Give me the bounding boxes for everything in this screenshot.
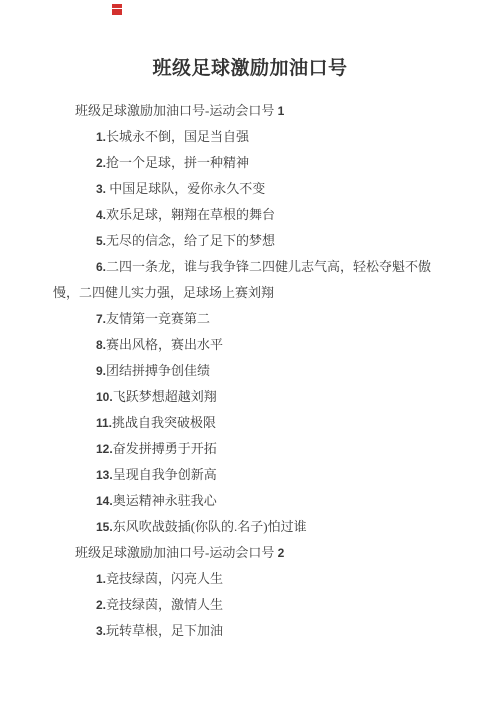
item-text: 友情第一竞赛第二 — [106, 311, 210, 326]
item-text: 团结拼搏争创佳绩 — [106, 363, 210, 378]
document-page: 班级足球激励加油口号 班级足球激励加油口号-运动会口号 1 1.长城永不倒，国足… — [0, 0, 500, 707]
section1-heading: 班级足球激励加油口号-运动会口号 1 — [75, 98, 500, 124]
item-text: 慢，二四健儿实力强，足球场上赛刘翔 — [53, 285, 274, 300]
item-text: 无尽的信念，给了足下的梦想 — [106, 233, 275, 248]
slogan-item-5: 5.无尽的信念，给了足下的梦想 — [96, 228, 500, 254]
slogan-item-2: 2.抢一个足球，拼一种精神 — [96, 150, 500, 176]
slogan-item-7: 7.友情第一竞赛第二 — [96, 306, 500, 332]
slogan2-item-3: 3.玩转草根，足下加油 — [96, 618, 500, 644]
slogan-item-15: 15.东风吹战鼓插(你队的.名子)怕过谁 — [96, 514, 500, 540]
item-text: 挑战自我突破极限 — [112, 415, 216, 430]
item-number: 15. — [96, 520, 113, 534]
item-text: 二四一条龙，谁与我争锋二四健儿志气高，轻松夺魁不傲 — [106, 259, 431, 274]
section2-heading-text: 班级足球激励加油口号-运动会口号 — [75, 545, 274, 560]
item-text: 东风吹战鼓插(你队的.名子)怕过谁 — [113, 519, 307, 534]
item-number: 3. — [96, 182, 106, 196]
slogan-item-11: 11.挑战自我突破极限 — [96, 410, 500, 436]
item-number: 12. — [96, 442, 113, 456]
item-number: 6. — [96, 260, 106, 274]
slogan-item-6-line1: 6.二四一条龙，谁与我争锋二四健儿志气高，轻松夺魁不傲 — [96, 254, 500, 280]
item-number: 8. — [96, 338, 106, 352]
slogan2-item-1: 1.竞技绿茵，闪亮人生 — [96, 566, 500, 592]
item-text: 竞技绿茵，闪亮人生 — [106, 571, 223, 586]
item-number: 1. — [96, 572, 106, 586]
item-number: 7. — [96, 312, 106, 326]
slogan-item-12: 12.奋发拼搏勇于开拓 — [96, 436, 500, 462]
item-number: 1. — [96, 130, 106, 144]
slogan-item-14: 14.奥运精神永驻我心 — [96, 488, 500, 514]
item-number: 5. — [96, 234, 106, 248]
page-title: 班级足球激励加油口号 — [0, 55, 500, 83]
item-text: 竞技绿茵，激情人生 — [106, 597, 223, 612]
slogan-item-9: 9.团结拼搏争创佳绩 — [96, 358, 500, 384]
item-number: 3. — [96, 624, 106, 638]
item-number: 10. — [96, 390, 113, 404]
section2-heading-number: 2 — [274, 546, 284, 560]
item-number: 14. — [96, 494, 113, 508]
item-number: 2. — [96, 156, 106, 170]
section2-heading: 班级足球激励加油口号-运动会口号 2 — [75, 540, 500, 566]
slogan-item-1: 1.长城永不倒，国足当自强 — [96, 124, 500, 150]
item-text: 赛出风格，赛出水平 — [106, 337, 223, 352]
section1-heading-text: 班级足球激励加油口号-运动会口号 — [75, 103, 274, 118]
item-number: 11. — [96, 416, 112, 430]
item-text: 长城永不倒，国足当自强 — [106, 129, 249, 144]
item-number: 9. — [96, 364, 106, 378]
slogan-item-3: 3. 中国足球队，爱你永久不变 — [96, 176, 500, 202]
section1-heading-number: 1 — [274, 104, 284, 118]
slogan-item-10: 10.飞跃梦想超越刘翔 — [96, 384, 500, 410]
slogan-item-4: 4.欢乐足球，翱翔在草根的舞台 — [96, 202, 500, 228]
item-text: 飞跃梦想超越刘翔 — [113, 389, 217, 404]
slogan2-item-2: 2.竞技绿茵，激情人生 — [96, 592, 500, 618]
item-number: 4. — [96, 208, 106, 222]
item-text: 中国足球队，爱你永久不变 — [106, 181, 265, 196]
item-text: 玩转草根，足下加油 — [106, 623, 223, 638]
item-text: 欢乐足球，翱翔在草根的舞台 — [106, 207, 275, 222]
slogan-item-8: 8.赛出风格，赛出水平 — [96, 332, 500, 358]
item-text: 奋发拼搏勇于开拓 — [113, 441, 217, 456]
item-text: 呈现自我争创新高 — [113, 467, 217, 482]
item-text: 抢一个足球，拼一种精神 — [106, 155, 249, 170]
slogan-item-13: 13.呈现自我争创新高 — [96, 462, 500, 488]
item-number: 2. — [96, 598, 106, 612]
red-corner-mark — [112, 4, 122, 15]
item-text: 奥运精神永驻我心 — [113, 493, 217, 508]
item-number: 13. — [96, 468, 113, 482]
slogan-item-6-line2: 慢，二四健儿实力强，足球场上赛刘翔 — [53, 280, 500, 306]
